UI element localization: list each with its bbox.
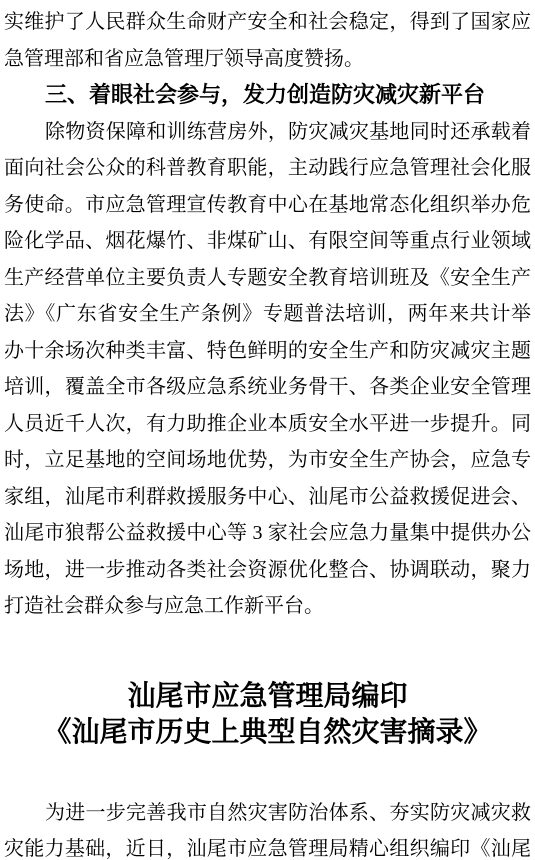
text-line: 险化学品、烟花爆竹、非煤矿山、有限空间等重点行业领域 — [4, 223, 531, 260]
text-line: 场地，进一步推动各类社会资源优化整合、协调联动，聚力 — [4, 552, 531, 589]
section-heading: 三、着眼社会参与，发力创造防灾减灾新平台 — [4, 77, 531, 114]
announcement-title-line1: 汕尾市应急管理局编印 — [4, 679, 531, 715]
text-line: 生产经营单位主要负责人专题安全教育培训班及《安全生产 — [4, 260, 531, 297]
text-line: 除物资保障和训练营房外，防灾减灾基地同时还承载着 — [4, 114, 531, 151]
text-line: 急管理部和省应急管理厅领导高度赞扬。 — [4, 41, 531, 78]
document-page: 实维护了人民群众生命财产安全和社会稳定，得到了国家应急管理部和省应急管理厅领导高… — [0, 0, 535, 860]
text-line: 时，立足基地的空间场地优势，为市安全生产协会，应急专 — [4, 442, 531, 479]
closing-paragraph: 为进一步完善我市自然灾害防治体系、夯实防灾减灾救灾能力基础，近日，汕尾市应急管理… — [4, 795, 531, 860]
text-line: 务使命。市应急管理宣传教育中心在基地常态化组织举办危 — [4, 187, 531, 224]
text-line: 为进一步完善我市自然灾害防治体系、夯实防灾减灾救 — [4, 795, 531, 832]
announcement-title: 汕尾市应急管理局编印 《汕尾市历史上典型自然灾害摘录》 — [4, 679, 531, 751]
text-line: 人员近千人次，有力助推企业本质安全水平进一步提升。同 — [4, 406, 531, 443]
text-line: 培训，覆盖全市各级应急系统业务骨干、各类企业安全管理 — [4, 369, 531, 406]
text-line: 汕尾市狼帮公益救援中心等 3 家社会应急力量集中提供办公 — [4, 515, 531, 552]
announcement-title-line2: 《汕尾市历史上典型自然灾害摘录》 — [4, 715, 531, 751]
text-line: 办十余场次种类丰富、特色鲜明的安全生产和防灾减灾主题 — [4, 333, 531, 370]
body-paragraph: 除物资保障和训练营房外，防灾减灾基地同时还承载着面向社会公众的科普教育职能，主动… — [4, 114, 531, 625]
text-line: 家组，汕尾市利群救援服务中心、汕尾市公益救援促进会、 — [4, 479, 531, 516]
text-line: 法》《广东省安全生产条例》专题普法培训，两年来共计举 — [4, 296, 531, 333]
text-line: 打造社会群众参与应急工作新平台。 — [4, 588, 531, 625]
intro-paragraph: 实维护了人民群众生命财产安全和社会稳定，得到了国家应急管理部和省应急管理厅领导高… — [4, 4, 531, 77]
text-line: 灾能力基础，近日，汕尾市应急管理局精心组织编印《汕尾 — [4, 831, 531, 860]
text-line: 面向社会公众的科普教育职能，主动践行应急管理社会化服 — [4, 150, 531, 187]
text-line: 实维护了人民群众生命财产安全和社会稳定，得到了国家应 — [4, 4, 531, 41]
